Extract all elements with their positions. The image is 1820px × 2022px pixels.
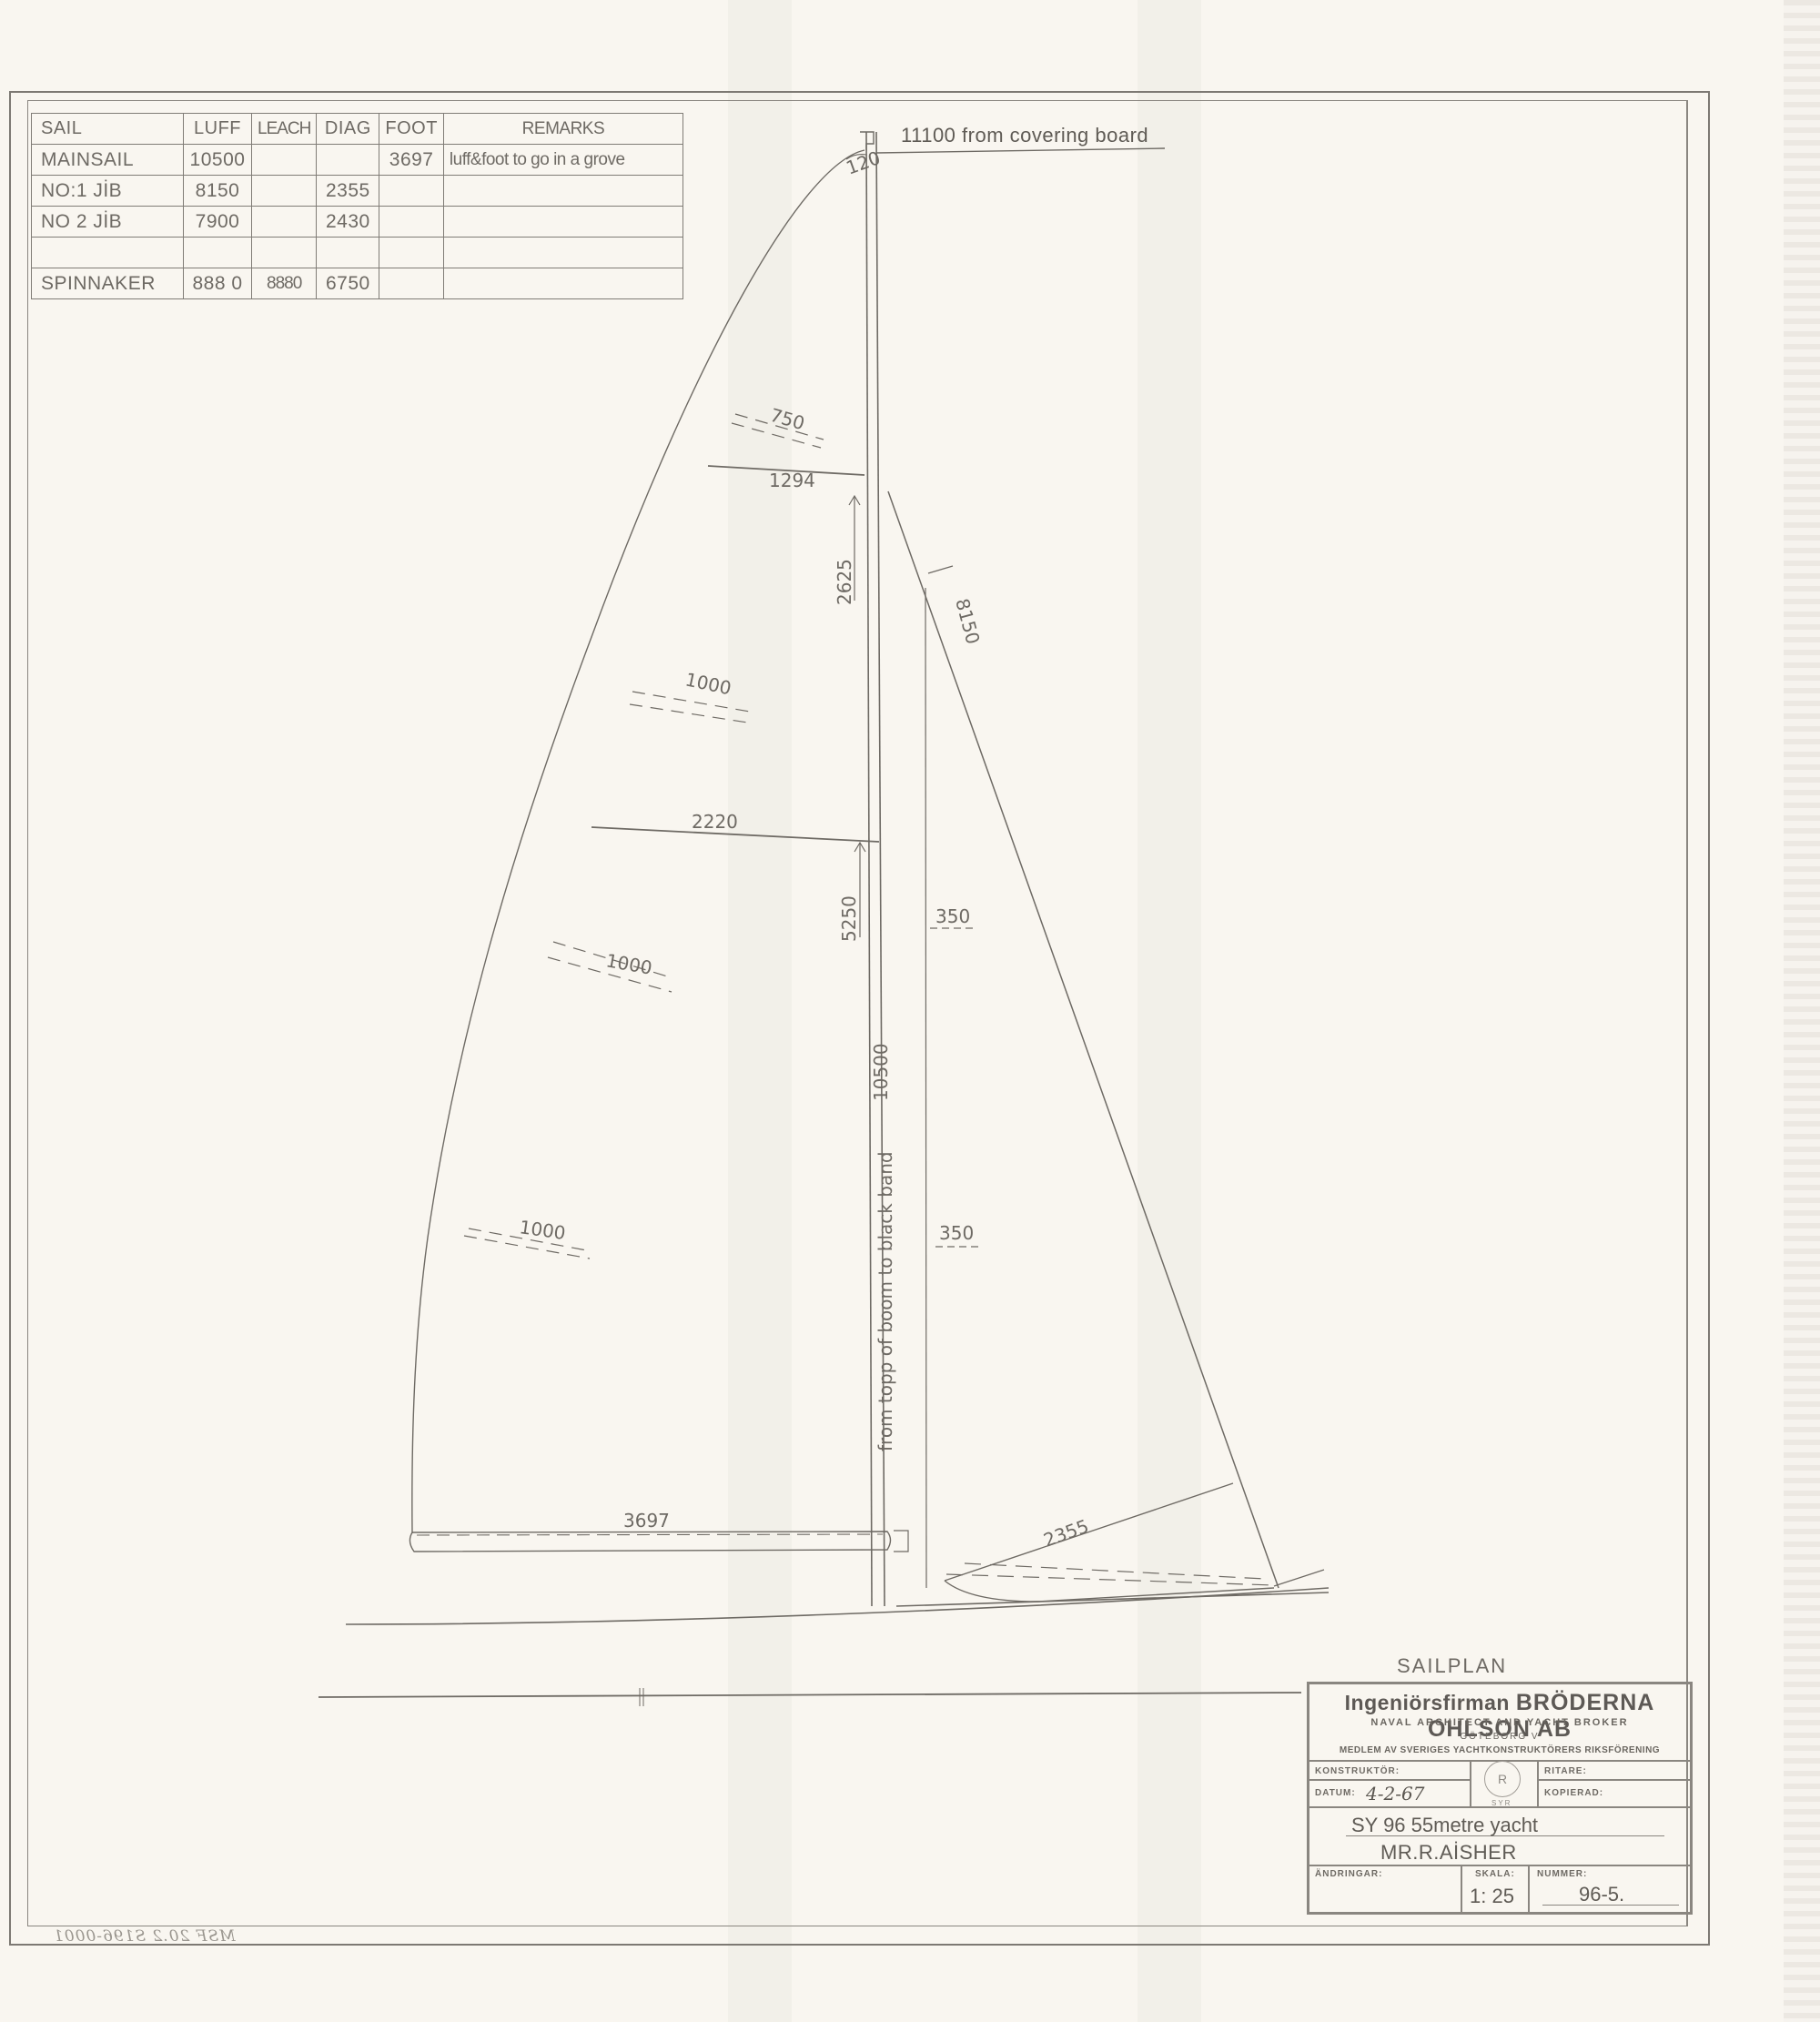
jib-hank-label: 350 (935, 905, 970, 927)
client-name: MR.R.AİSHER (1380, 1841, 1517, 1865)
luff-note-value: 10500 (870, 1043, 892, 1101)
divider (1309, 1865, 1690, 1866)
company-membership: MEDLEM AV SVERIGES YACHTKONSTRUKTÖRERS R… (1309, 1745, 1690, 1755)
boom-foot-label: 3697 (623, 1510, 670, 1532)
andringar-label: ÄNDRINGAR: (1315, 1869, 1382, 1879)
nummer-value: 96-5. (1579, 1883, 1624, 1906)
luff-note-text: from topp of boom to black band (875, 1151, 896, 1451)
datum-value: 4-2-67 (1366, 1783, 1424, 1805)
girth-label: 2220 (692, 811, 738, 833)
batten-label: 1000 (683, 668, 733, 699)
archive-stamp: MSF 20.2 S196-0001 (53, 1927, 236, 1946)
jib-luff-label: 8150 (951, 596, 984, 646)
skala-value: 1: 25 (1470, 1885, 1514, 1908)
mainsail-leech (412, 150, 864, 1533)
batten-label: 1000 (518, 1216, 567, 1244)
title-block: Ingeniörsfirman BRÖDERNA OHLSON AB NAVAL… (1307, 1682, 1693, 1915)
company-city: GÖTEBORG V (1309, 1732, 1690, 1742)
jib-luff (888, 491, 1279, 1588)
jib-hank-label: 350 (939, 1222, 974, 1244)
nummer-label: NUMMER: (1537, 1869, 1587, 1879)
divider (1309, 1779, 1470, 1781)
girth-height-label: 2625 (834, 559, 855, 605)
datum-label: DATUM: (1315, 1788, 1356, 1798)
deck-line (896, 1592, 1329, 1606)
ritare-label: RITARE: (1544, 1766, 1587, 1776)
jib-diag-label: 2355 (1041, 1515, 1092, 1552)
girth-height-label: 5250 (838, 895, 860, 942)
company-prefix: Ingeniörsfirman (1345, 1691, 1510, 1714)
seal-icon: R (1484, 1761, 1521, 1797)
jib-tack-line (925, 588, 926, 1588)
company-subtitle: NAVAL ARCHITECT AND YACHT BROKER (1309, 1717, 1690, 1728)
girth-label: 1294 (769, 470, 815, 491)
divider (1461, 1865, 1462, 1912)
seal-label: SYR (1491, 1799, 1512, 1807)
divider (1537, 1779, 1690, 1781)
divider (1537, 1760, 1539, 1806)
base-line (318, 1693, 1301, 1697)
drawing-title: SAILPLAN (1397, 1654, 1507, 1678)
kopierad-label: KOPIERAD: (1544, 1788, 1603, 1798)
konstruktor-label: KONSTRUKTÖR: (1315, 1766, 1400, 1776)
batten-label: 750 (768, 404, 807, 435)
divider (1470, 1760, 1471, 1806)
project-title: SY 96 55metre yacht (1351, 1814, 1538, 1837)
mast-front-line (866, 132, 872, 1606)
divider (1528, 1865, 1530, 1912)
jib-foot (945, 1581, 1274, 1602)
batten-label: 1000 (604, 949, 653, 978)
skala-label: SKALA: (1475, 1869, 1515, 1879)
mast-height-note: 11100 from covering board (901, 124, 1148, 147)
